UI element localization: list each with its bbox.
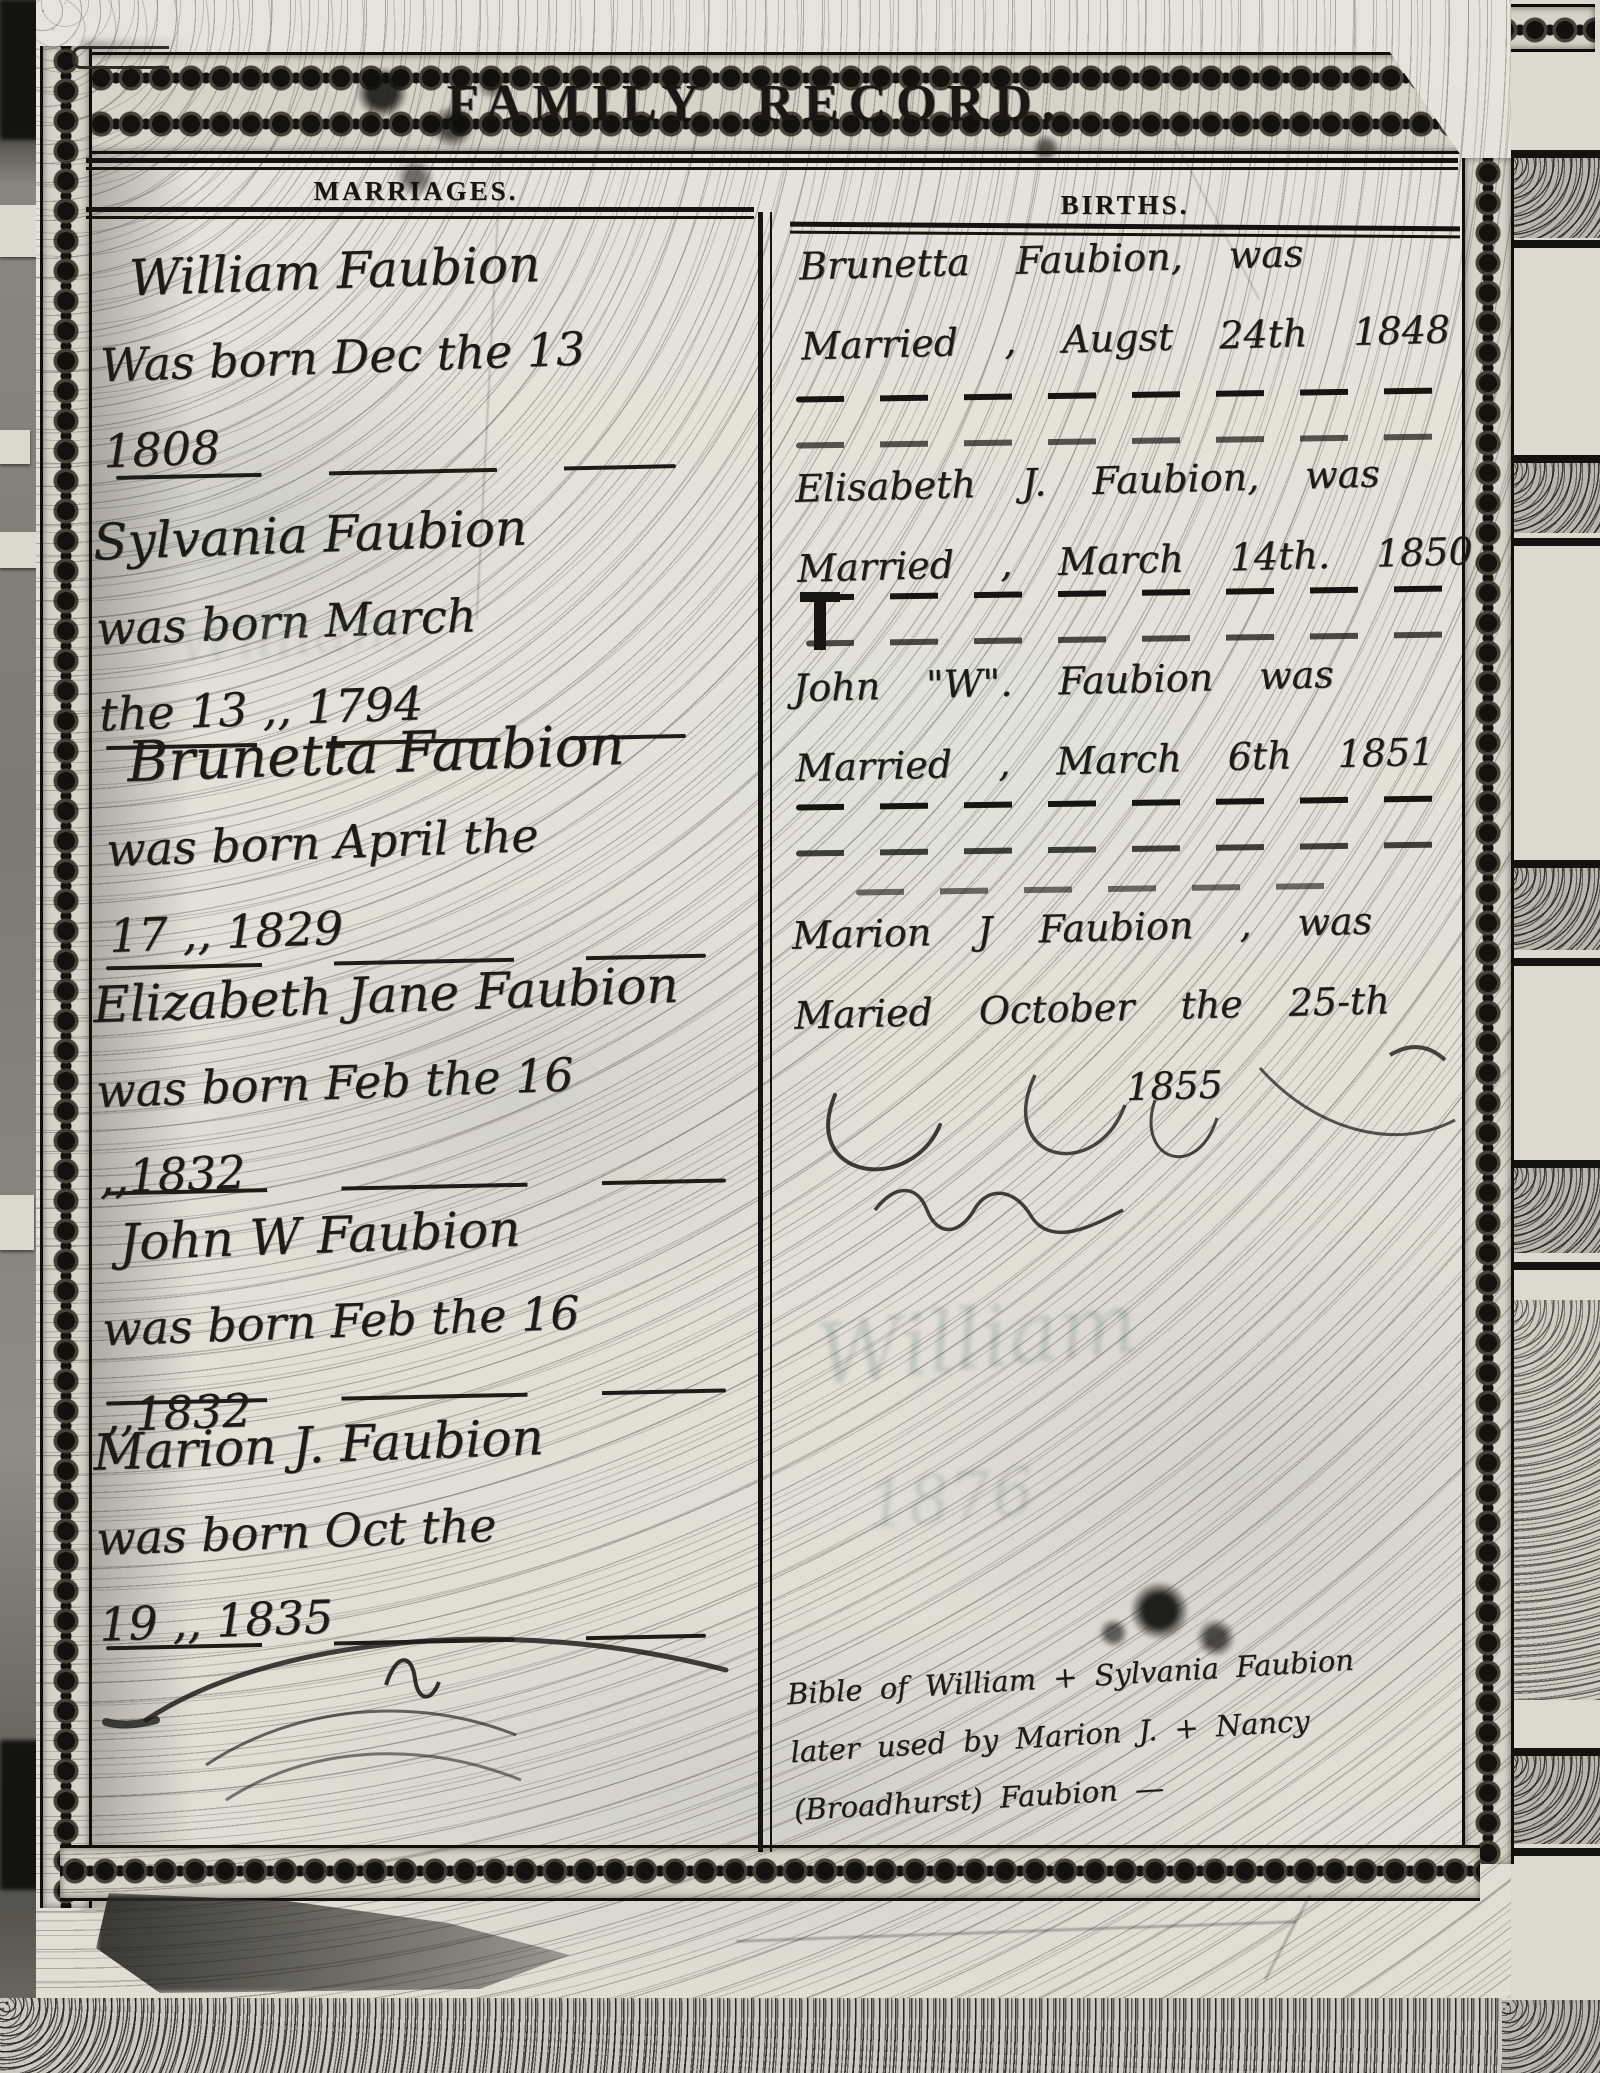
ink-mark: [800, 592, 840, 602]
separator-dashes: [796, 387, 1451, 402]
entry-line: William Faubion: [128, 220, 584, 322]
ornament-border-bottom: [60, 1845, 1480, 1901]
backdrop-stripe: [1502, 1748, 1600, 1756]
paperclip-mark: [72, 46, 169, 69]
backdrop-stripe: [1502, 1300, 1600, 1700]
column-divider: [758, 212, 772, 1852]
backdrop-stripe: [1502, 538, 1600, 546]
entry-line: Was born Dec the 13: [99, 306, 587, 409]
backdrop-stripe: [1502, 958, 1600, 966]
record-entry: Brunetta Faubion, was Married , Augst 24…: [798, 210, 1451, 387]
entry-line: was born Feb the 16: [101, 1270, 581, 1373]
backdrop-stripe: [1502, 1168, 1600, 1253]
ink-stain: [1016, 128, 1076, 168]
scanned-family-record: William 1876 William FAMILY RECORD. MARR…: [0, 0, 1600, 2073]
record-page: William 1876 William FAMILY RECORD. MARR…: [36, 0, 1511, 1998]
entry-line: was born Oct the: [95, 1480, 548, 1582]
backdrop-stripe: [1502, 868, 1600, 950]
backdrop-bottom: [0, 1998, 1502, 2073]
record-entry: Elisabeth J. Faubion, was Married , Marc…: [794, 431, 1474, 609]
annotation-note: Bible of William + Sylvania Faubion late…: [785, 1631, 1362, 1839]
ornament-border-left: [40, 46, 92, 1908]
backdrop-stripe: [1502, 463, 1600, 533]
ghost-bleedthrough-text: William: [812, 1273, 1143, 1404]
entry-line: Married , March 6th 1851: [794, 712, 1435, 809]
backdrop-strip: [0, 1195, 34, 1250]
backdrop-stripe: [1502, 1262, 1600, 1270]
backdrop-strip: [0, 430, 30, 464]
entry-line: Marion J Faubion , was: [791, 880, 1389, 976]
paper-crease: [736, 1920, 1296, 1943]
entry-line: John W Faubion: [118, 1184, 578, 1286]
rule-under-title: [86, 158, 1458, 170]
ghost-bleedthrough-text: 1876: [863, 1453, 1037, 1544]
entry-line: Sylvania Faubion: [92, 485, 529, 586]
backdrop-stripe: [1502, 1848, 1600, 1856]
entry-line: 1808: [102, 392, 590, 495]
backdrop-stripe: [1502, 455, 1600, 463]
entry-line: Marion J. Faubion: [92, 1394, 545, 1496]
paper-crease: [1264, 1895, 1311, 1980]
backdrop-stripes: [1502, 0, 1600, 2073]
backdrop-stripe: [1502, 2000, 1600, 2073]
record-entry: William Faubion Was born Dec the 13 1808: [96, 220, 590, 495]
record-entry: Brunetta Faubion was born April the 17 ,…: [102, 703, 632, 979]
backdrop-stripe: [1502, 1160, 1600, 1168]
pen-flourish-left: [86, 1600, 746, 1830]
backdrop-stripe: [1502, 158, 1600, 238]
entry-line: Brunetta Faubion: [126, 703, 626, 806]
record-entry: Elizabeth Jane Faubion was born Feb the …: [92, 942, 686, 1220]
backdrop-stripe: [1502, 1756, 1600, 1844]
entry-line: Married , Augst 24th 1848: [800, 290, 1451, 387]
page-title: FAMILY RECORD.: [56, 74, 1456, 133]
separator-dashes: [796, 841, 1451, 856]
backdrop-stripe: [1502, 860, 1600, 868]
backdrop-stripe: [1502, 150, 1600, 158]
ink-stain: [316, 50, 536, 220]
page-shadow-wedge: [96, 1893, 736, 1993]
pen-flourish-right: [790, 1040, 1470, 1280]
backdrop-stripe: [1502, 240, 1600, 248]
ornament-border-right: [1462, 158, 1514, 1864]
record-entry: John "W". Faubion was Married , March 6t…: [792, 632, 1435, 809]
